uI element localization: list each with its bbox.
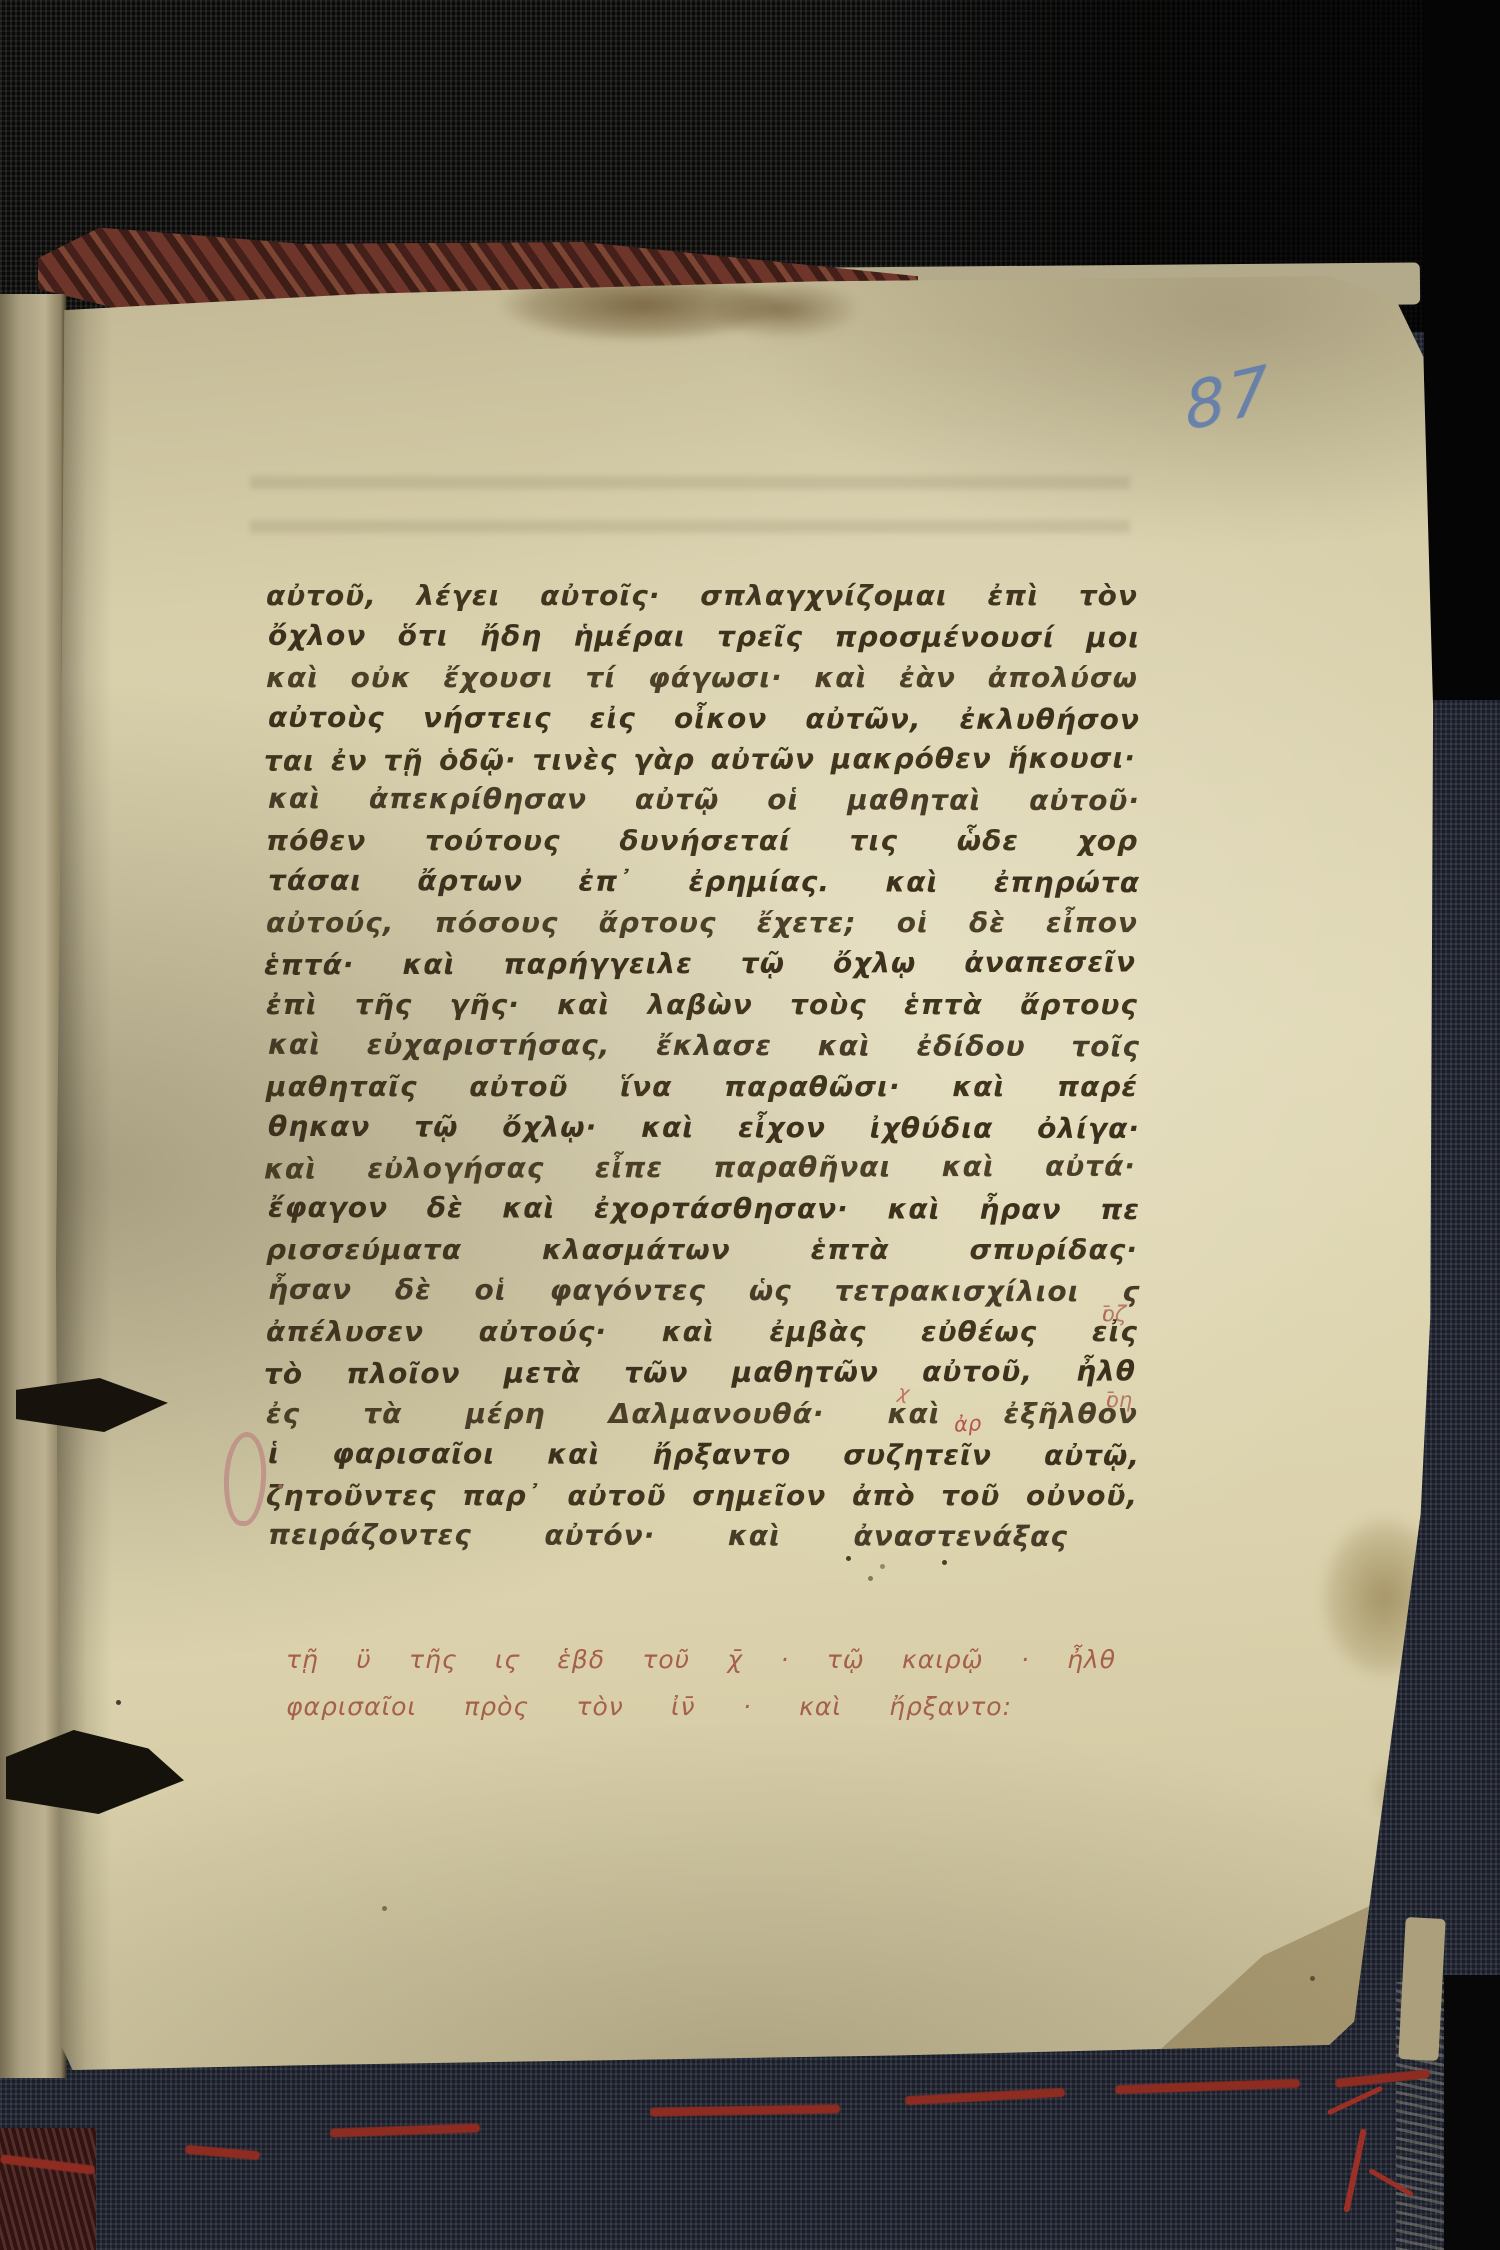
greek-text-line: ἦσαν δὲ οἱ φαγόντες ὡς τετρακισχίλιοι ϛ [268, 1270, 1140, 1313]
gutter-fold [0, 294, 66, 2078]
ink-speck [942, 1560, 947, 1565]
greek-text-line: θηκαν τῷ ὄχλῳ· καὶ εἶχον ἰχθύδια ὀλίγα· [268, 1106, 1140, 1149]
greek-text-line: τάσαι ἄρτων ἐπ᾽ ἐρημίας. καὶ ἐπηρώτα [268, 861, 1140, 904]
ink-speck [382, 1906, 387, 1911]
greek-text-line: ἔφαγον δὲ καὶ ἐχορτάσθησαν· καὶ ἦραν πε [268, 1188, 1140, 1231]
greek-text-line: ἐπὶ τῆς γῆς· καὶ λαβὼν τοὺς ἑπτὰ ἄρτους [266, 985, 1138, 1026]
bleedthrough-text [250, 458, 1130, 542]
ink-speck [116, 1700, 121, 1705]
shadow-bottom-right [1444, 1975, 1500, 2250]
greek-text-line: πειράζοντες αὐτόν· καὶ ἀναστενάξας [268, 1515, 1068, 1558]
greek-text-line: ἀπέλυσεν αὐτούς· καὶ ἐμβὰς εὐθέως εἰς [266, 1312, 1138, 1353]
greek-text-line: καὶ ἀπεκρίθησαν αὐτῷ οἱ μαθηταὶ αὐτοῦ· [268, 779, 1140, 822]
greek-text-line: ρισσεύματα κλασμάτων ἑπτὰ σπυρίδας· [266, 1230, 1138, 1271]
greek-text-line: αὐτοὺς νήστεις εἰς οἶκον αὐτῶν, ἐκλυθήσο… [268, 698, 1140, 741]
parchment-page: 87 αὐτοῦ, λέγει αὐτοῖς· σπλαγχνίζομαι ἐπ… [56, 276, 1440, 2070]
page-stack-edge-right [1398, 1917, 1445, 2061]
greek-text-line: ζητοῦντες παρ᾽ αὐτοῦ σημεῖον ἀπὸ τοῦ οὐν… [266, 1476, 1138, 1517]
rubricated-initial-omicron [222, 1431, 269, 1527]
canon-number: ῑ [1102, 1302, 1109, 1327]
greek-text-line: μαθηταῖς αὐτοῦ ἵνα παραθῶσι· καὶ παρέ [266, 1067, 1138, 1108]
ink-speck [880, 1564, 885, 1569]
ink-speck [868, 1576, 873, 1581]
lection-rubric-line: φαρισαῖοι πρὸς τὸν ἰν̄ · καὶ ἤρξαντο: [286, 1683, 1012, 1730]
stain-top-edge [486, 282, 858, 360]
greek-text-block: αὐτοῦ, λέγει αὐτοῖς· σπλαγχνίζομαι ἐπὶ τ… [266, 576, 1138, 1557]
greek-text-line: καὶ εὐλογήσας εἶπε παραθῆναι καὶ αὐτά· [264, 1147, 1136, 1191]
ink-speck [846, 1556, 851, 1561]
greek-text-line: ὄχλον ὅτι ἤδη ἡμέραι τρεῖς προσμένουσί μ… [268, 616, 1140, 659]
ink-speck [1310, 1976, 1315, 1981]
greek-text-line: ἑπτά· καὶ παρήγγειλε τῷ ὄχλῳ ἀναπεσεῖν [264, 942, 1136, 986]
greek-text-line: καὶ οὐκ ἔχουσι τί φάγωσι· καὶ ἐὰν ἀπολύσ… [266, 658, 1138, 699]
lection-start-mark: ἀρ [953, 1411, 982, 1437]
greek-text-line: ἱ φαρισαῖοι καὶ ἤρξαντο συζητεῖν αὐτῷ, [268, 1434, 1140, 1477]
lection-rubric-line: τῇ ϋ τῆς ιϛ ἑβδ τοῦ χ̄ · τῷ καιρῷ · ἦλθ [286, 1636, 1116, 1683]
greek-text-line: ἐς τὰ μέρη Δαλμανουθά· καὶ ἐξῆλθον [266, 1394, 1138, 1435]
lection-rubric: τῇ ϋ τῆς ιϛ ἑβδ τοῦ χ̄ · τῷ καιρῷ · ἦλθφ… [286, 1636, 1116, 1730]
greek-text-line: πόθεν τούτους δυνήσεταί τις ὧδε χορ [266, 821, 1138, 862]
greek-text-line: αὐτοῦ, λέγει αὐτοῖς· σπλαγχνίζομαι ἐπὶ τ… [266, 576, 1138, 617]
punctuation-dot [278, 1484, 283, 1489]
manuscript-photo: 87 αὐτοῦ, λέγει αὐτοῖς· σπλαγχνίζομαι ἐπ… [0, 0, 1500, 2250]
folio-number: 87 [1182, 352, 1276, 447]
greek-text-line: ται ἐν τῇ ὁδῷ· τινὲς γὰρ αὐτῶν μακρόθεν … [264, 738, 1136, 782]
canon-number: ῑ [1106, 1388, 1113, 1413]
greek-text-line: αὐτούς, πόσους ἄρτους ἔχετε; οἱ δὲ εἶπον [266, 903, 1138, 944]
greek-text-line: τὸ πλοῖον μετὰ τῶν μαθητῶν αὐτοῦ, ἦλθ [264, 1351, 1136, 1395]
greek-text-line: καὶ εὐχαριστήσας, ἔκλασε καὶ ἐδίδου τοῖς [268, 1025, 1140, 1068]
maroon-textile-corner [0, 2128, 96, 2250]
shadow-top-right [1424, 0, 1500, 700]
